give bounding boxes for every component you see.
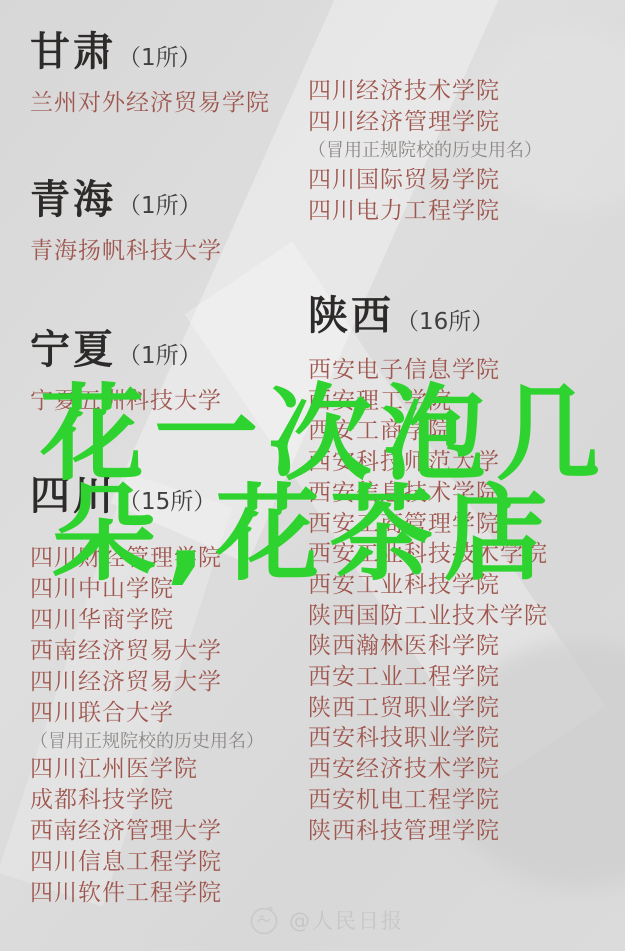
school-name: 四川国际贸易学院 bbox=[308, 165, 618, 196]
province-count: （16所） bbox=[396, 309, 494, 335]
watermark-text-line2: 朵,花茶店 bbox=[52, 482, 558, 586]
province-count: （1所） bbox=[118, 45, 202, 71]
school-name: 四川经济管理学院 bbox=[308, 107, 618, 138]
province-name: 青海 bbox=[30, 177, 116, 223]
credit-watermark: @人民日报 bbox=[248, 904, 404, 936]
school-name: 西安机电工程学院 bbox=[308, 785, 618, 816]
school-note: （冒用正规院校的历史用名） bbox=[308, 137, 618, 165]
province-name: 宁夏 bbox=[30, 327, 116, 373]
school-name: 四川电力工程学院 bbox=[308, 196, 618, 227]
school-name: 陕西国防工业技术学院 bbox=[308, 601, 618, 632]
school-name: 西安工业工程学院 bbox=[308, 662, 618, 693]
infographic-canvas: 甘肃（1所） 兰州对外经济贸易学院 青海（1所） 青海扬帆科技大学 宁夏（1所）… bbox=[0, 0, 625, 951]
section-qinghai: 青海（1所） 青海扬帆科技大学 bbox=[30, 168, 300, 267]
school-name: 四川联合大学 bbox=[30, 698, 300, 729]
school-name: 陕西工贸职业学院 bbox=[308, 693, 618, 724]
section-gansu: 甘肃（1所） 兰州对外经济贸易学院 bbox=[30, 20, 300, 119]
province-header: 陕西（16所） bbox=[308, 284, 618, 341]
watermark-text-line1: 花一次泡几 bbox=[40, 382, 610, 486]
credit-handle: @人民日报 bbox=[289, 905, 404, 935]
province-name: 甘肃 bbox=[30, 29, 116, 75]
province-header: 青海（1所） bbox=[30, 168, 300, 225]
school-note: （冒用正规院校的历史用名） bbox=[30, 729, 300, 754]
province-header: 甘肃（1所） bbox=[30, 20, 300, 77]
school-name: 陕西瀚林医科学院 bbox=[308, 631, 618, 662]
school-name: 四川江州医学院 bbox=[30, 754, 300, 785]
school-name: 西南经济管理大学 bbox=[30, 816, 300, 847]
province-count: （1所） bbox=[118, 343, 202, 369]
school-name: 西安经济技术学院 bbox=[308, 754, 618, 785]
section-sichuan-continued: 四川经济技术学院 四川经济管理学院 （冒用正规院校的历史用名） 四川国际贸易学院… bbox=[308, 76, 618, 227]
school-name: 青海扬帆科技大学 bbox=[30, 236, 300, 267]
province-name: 陕西 bbox=[308, 293, 394, 339]
school-name: 四川华商学院 bbox=[30, 605, 300, 636]
school-name: 西南经济贸易大学 bbox=[30, 636, 300, 667]
school-name: 陕西科技管理学院 bbox=[308, 816, 618, 847]
province-header: 宁夏（1所） bbox=[30, 318, 300, 375]
people-daily-seal-icon bbox=[248, 904, 280, 936]
school-name: 成都科技学院 bbox=[30, 785, 300, 816]
school-name: 四川经济技术学院 bbox=[308, 76, 618, 107]
school-name: 兰州对外经济贸易学院 bbox=[30, 88, 300, 119]
school-name: 四川经济贸易大学 bbox=[30, 667, 300, 698]
school-name: 西安科技职业学院 bbox=[308, 723, 618, 754]
school-name: 四川信息工程学院 bbox=[30, 847, 300, 878]
province-count: （1所） bbox=[118, 193, 202, 219]
